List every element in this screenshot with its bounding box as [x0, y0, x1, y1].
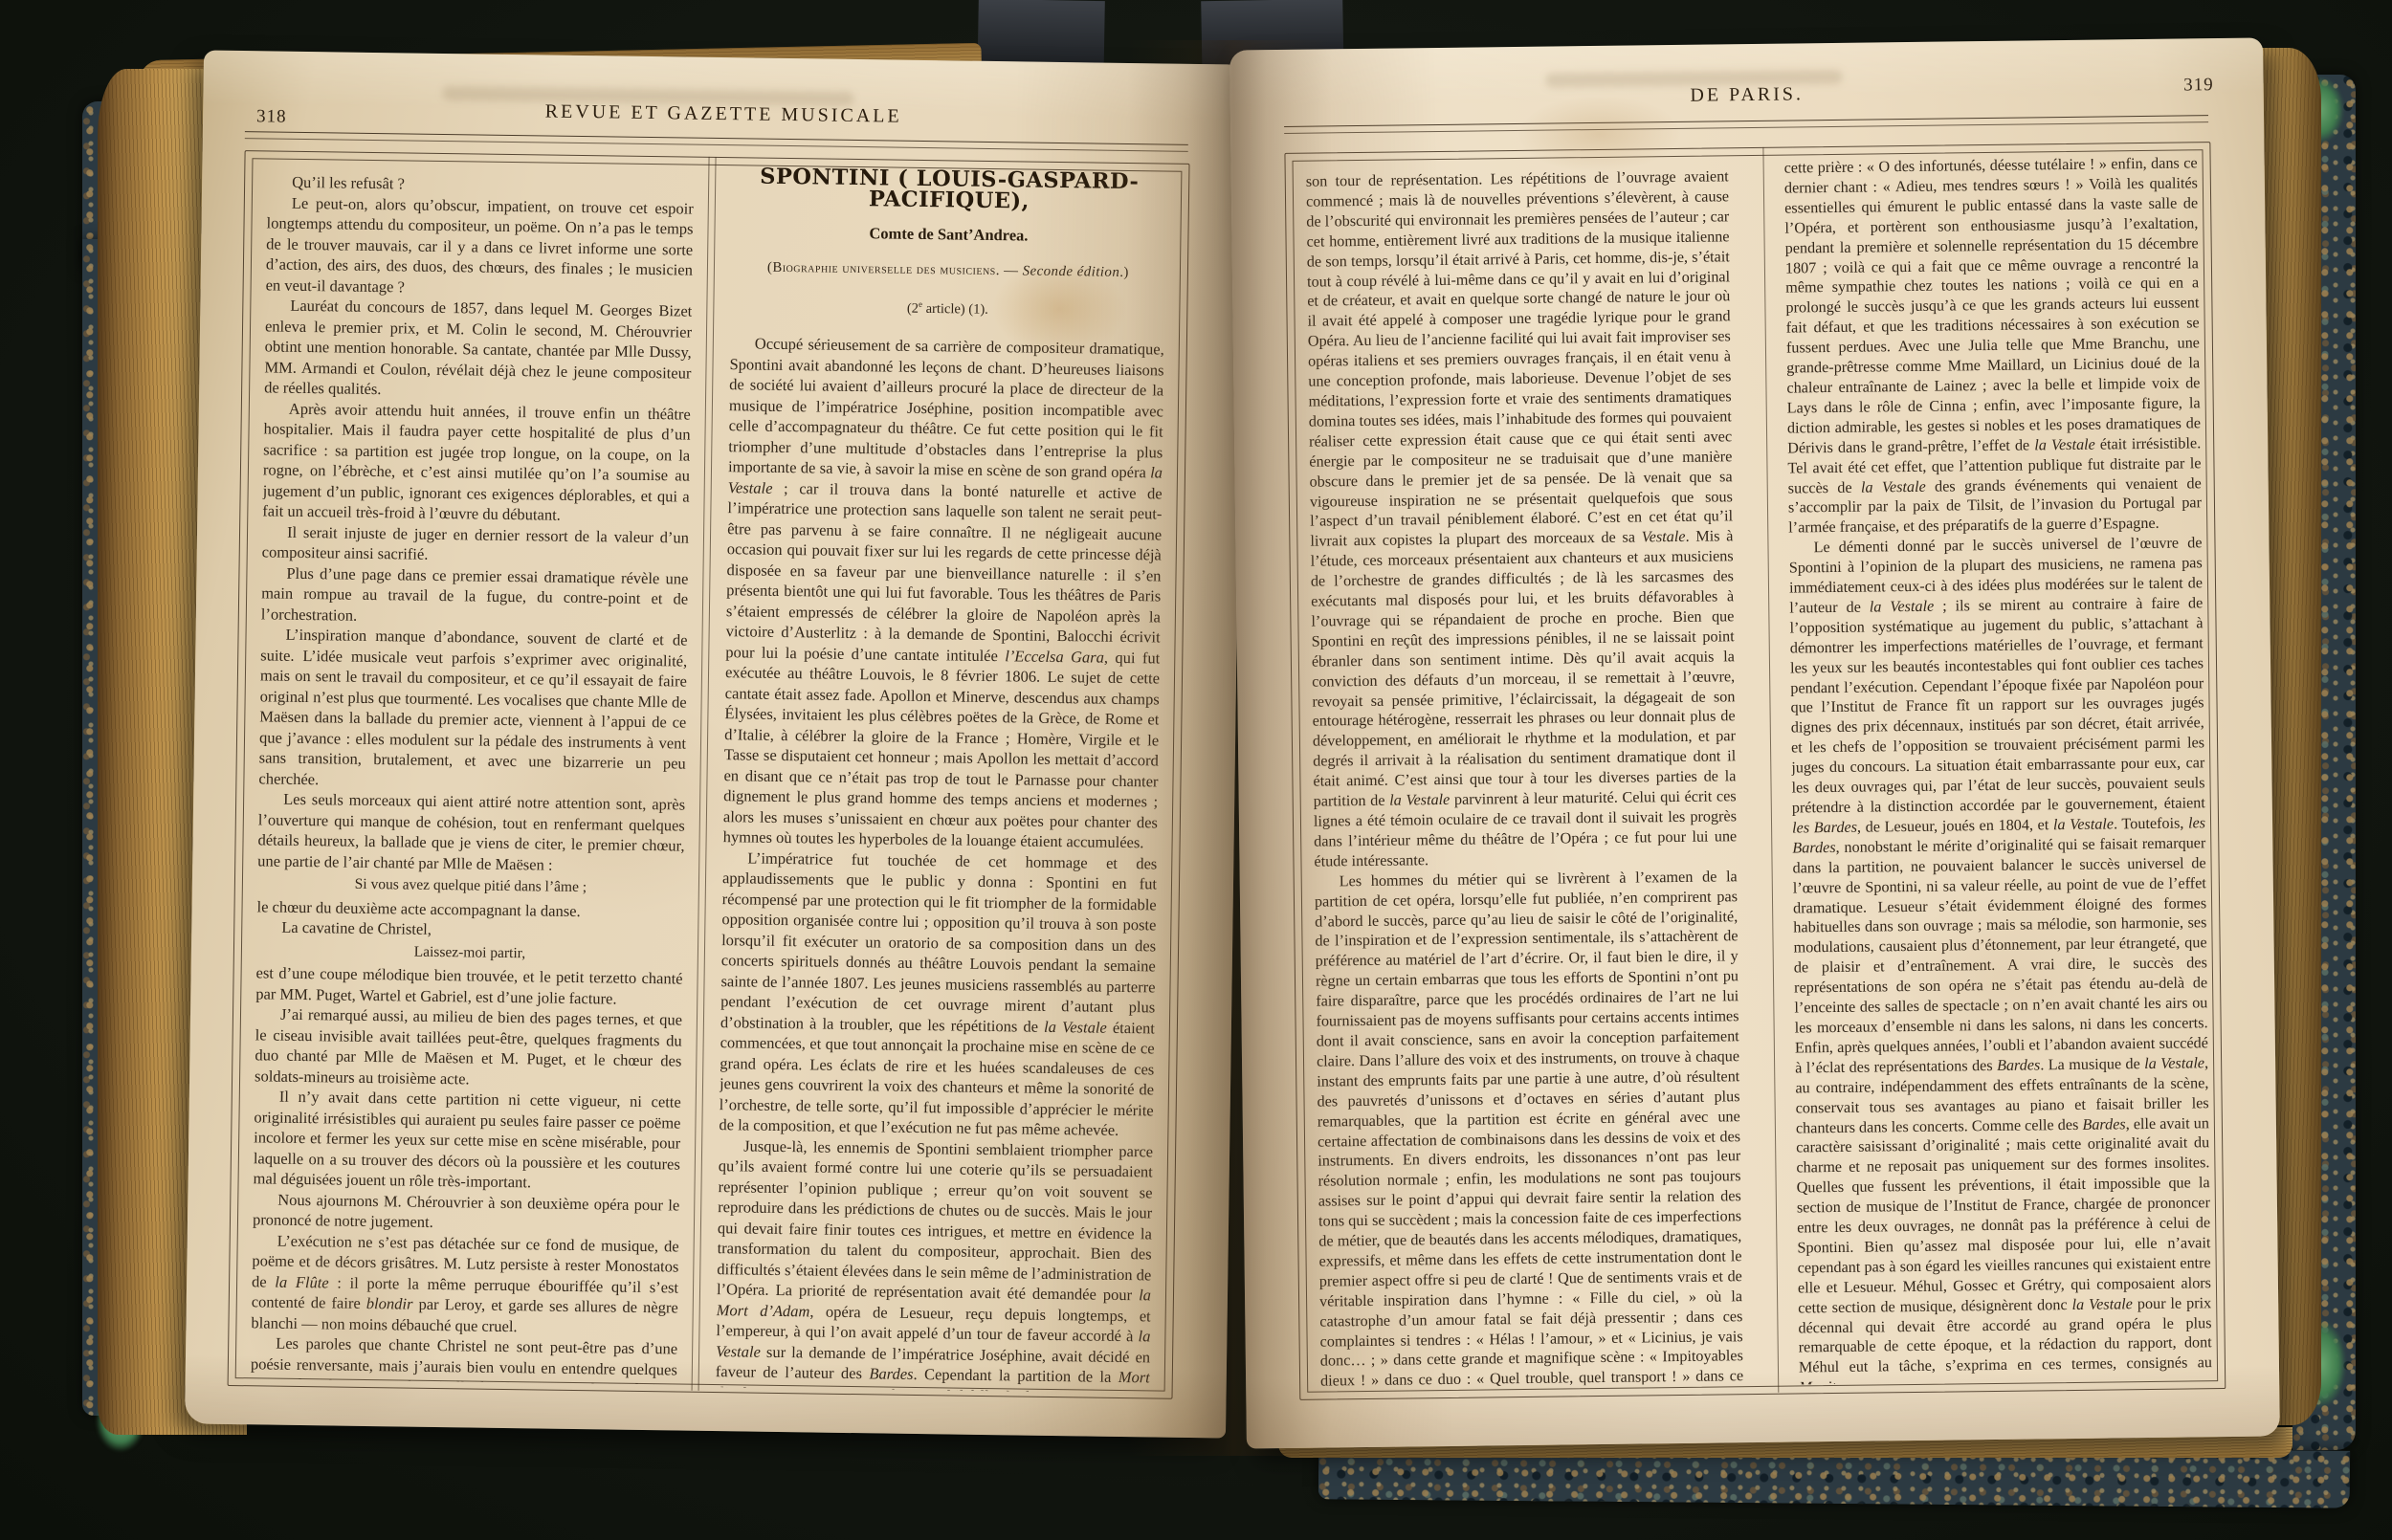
- paragraph-p: Occupé sérieusement de sa carrière de co…: [722, 334, 1163, 854]
- left-page: 318 REVUE ET GAZETTE MUSICALE Qu’il les …: [185, 50, 1245, 1438]
- paragraph-p: Les paroles que chante Christel ne sont …: [251, 1332, 678, 1384]
- paragraph-source: (Biographie universelle des musiciens. —…: [731, 257, 1165, 284]
- left-page-column-2: SPONTINI ( LOUIS-GASPARD-PACIFIQUE),Comt…: [716, 166, 1167, 1393]
- right-page: 319 DE PARIS. son tour de représentation…: [1229, 37, 2280, 1448]
- paragraph-p: Il n’y avait dans cette partition ni cet…: [253, 1086, 680, 1195]
- left-page-column-1: Qu’il les refusât ?Le peut-on, alors qu’…: [251, 171, 695, 1384]
- paragraph-verse: Laissez-moi partir,: [256, 939, 683, 966]
- right-page-column-1: son tour de représentation. Les répétiti…: [1306, 166, 1744, 1388]
- right-page-column-2: cette prière : « O des infortunés, déess…: [1784, 153, 2213, 1384]
- paragraph-p: L’inspiration manque d’abondance, souven…: [258, 624, 687, 794]
- paragraph-p: Nous ajournons M. Chérouvrier à son deux…: [253, 1189, 680, 1236]
- running-head: REVUE ET GAZETTE MUSICALE: [203, 96, 1244, 132]
- paragraph-verse: Si vous avez quelque pitié dans l’âme ;: [257, 872, 684, 899]
- paragraph-p: Les seuls morceaux qui aient attiré notr…: [257, 788, 685, 876]
- paragraph-note: (2e article) (1).: [730, 292, 1164, 323]
- paragraph-pc: son tour de représentation. Les répétiti…: [1306, 166, 1738, 871]
- paragraph-title: SPONTINI ( LOUIS-GASPARD-PACIFIQUE),: [732, 166, 1167, 213]
- paragraph-p: Après avoir attendu huit années, il trou…: [262, 398, 691, 527]
- open-book-photograph: 318 REVUE ET GAZETTE MUSICALE Qu’il les …: [0, 0, 2392, 1540]
- paragraph-p: Le démenti donné par le succès universel…: [1788, 533, 2212, 1384]
- paragraph-p: Il serait injuste de juger en dernier re…: [262, 521, 690, 568]
- paragraph-pc: est d’une coupe mélodique bien trouvée, …: [255, 962, 683, 1009]
- running-head: DE PARIS.: [1230, 77, 2264, 112]
- paragraph-p: Les hommes du métier qui se livrèrent à …: [1315, 867, 1744, 1389]
- paragraph-subtitle: Comte de Sant’Andrea.: [731, 221, 1165, 248]
- paragraph-p: Le peut-on, alors qu’obscur, impatient, …: [266, 192, 694, 301]
- paragraph-p: Lauréat du concours de 1857, dans lequel…: [264, 295, 692, 404]
- head-rule: [245, 131, 1188, 152]
- paragraph-pc: cette prière : « O des infortunés, déess…: [1784, 153, 2203, 538]
- paragraph-p: Plus d’une page dans ce premier essai dr…: [261, 562, 689, 630]
- paragraph-p: Jusque-là, les ennemis de Spontini sembl…: [716, 1135, 1154, 1393]
- paragraph-p: L’impératrice fut touchée de cet hommage…: [719, 847, 1157, 1141]
- head-rule: [1284, 115, 2208, 134]
- paragraph-p: J’ai remarqué aussi, au milieu de bien d…: [255, 1003, 682, 1091]
- paragraph-p: L’exécution ne s’est pas détachée sur ce…: [251, 1230, 678, 1339]
